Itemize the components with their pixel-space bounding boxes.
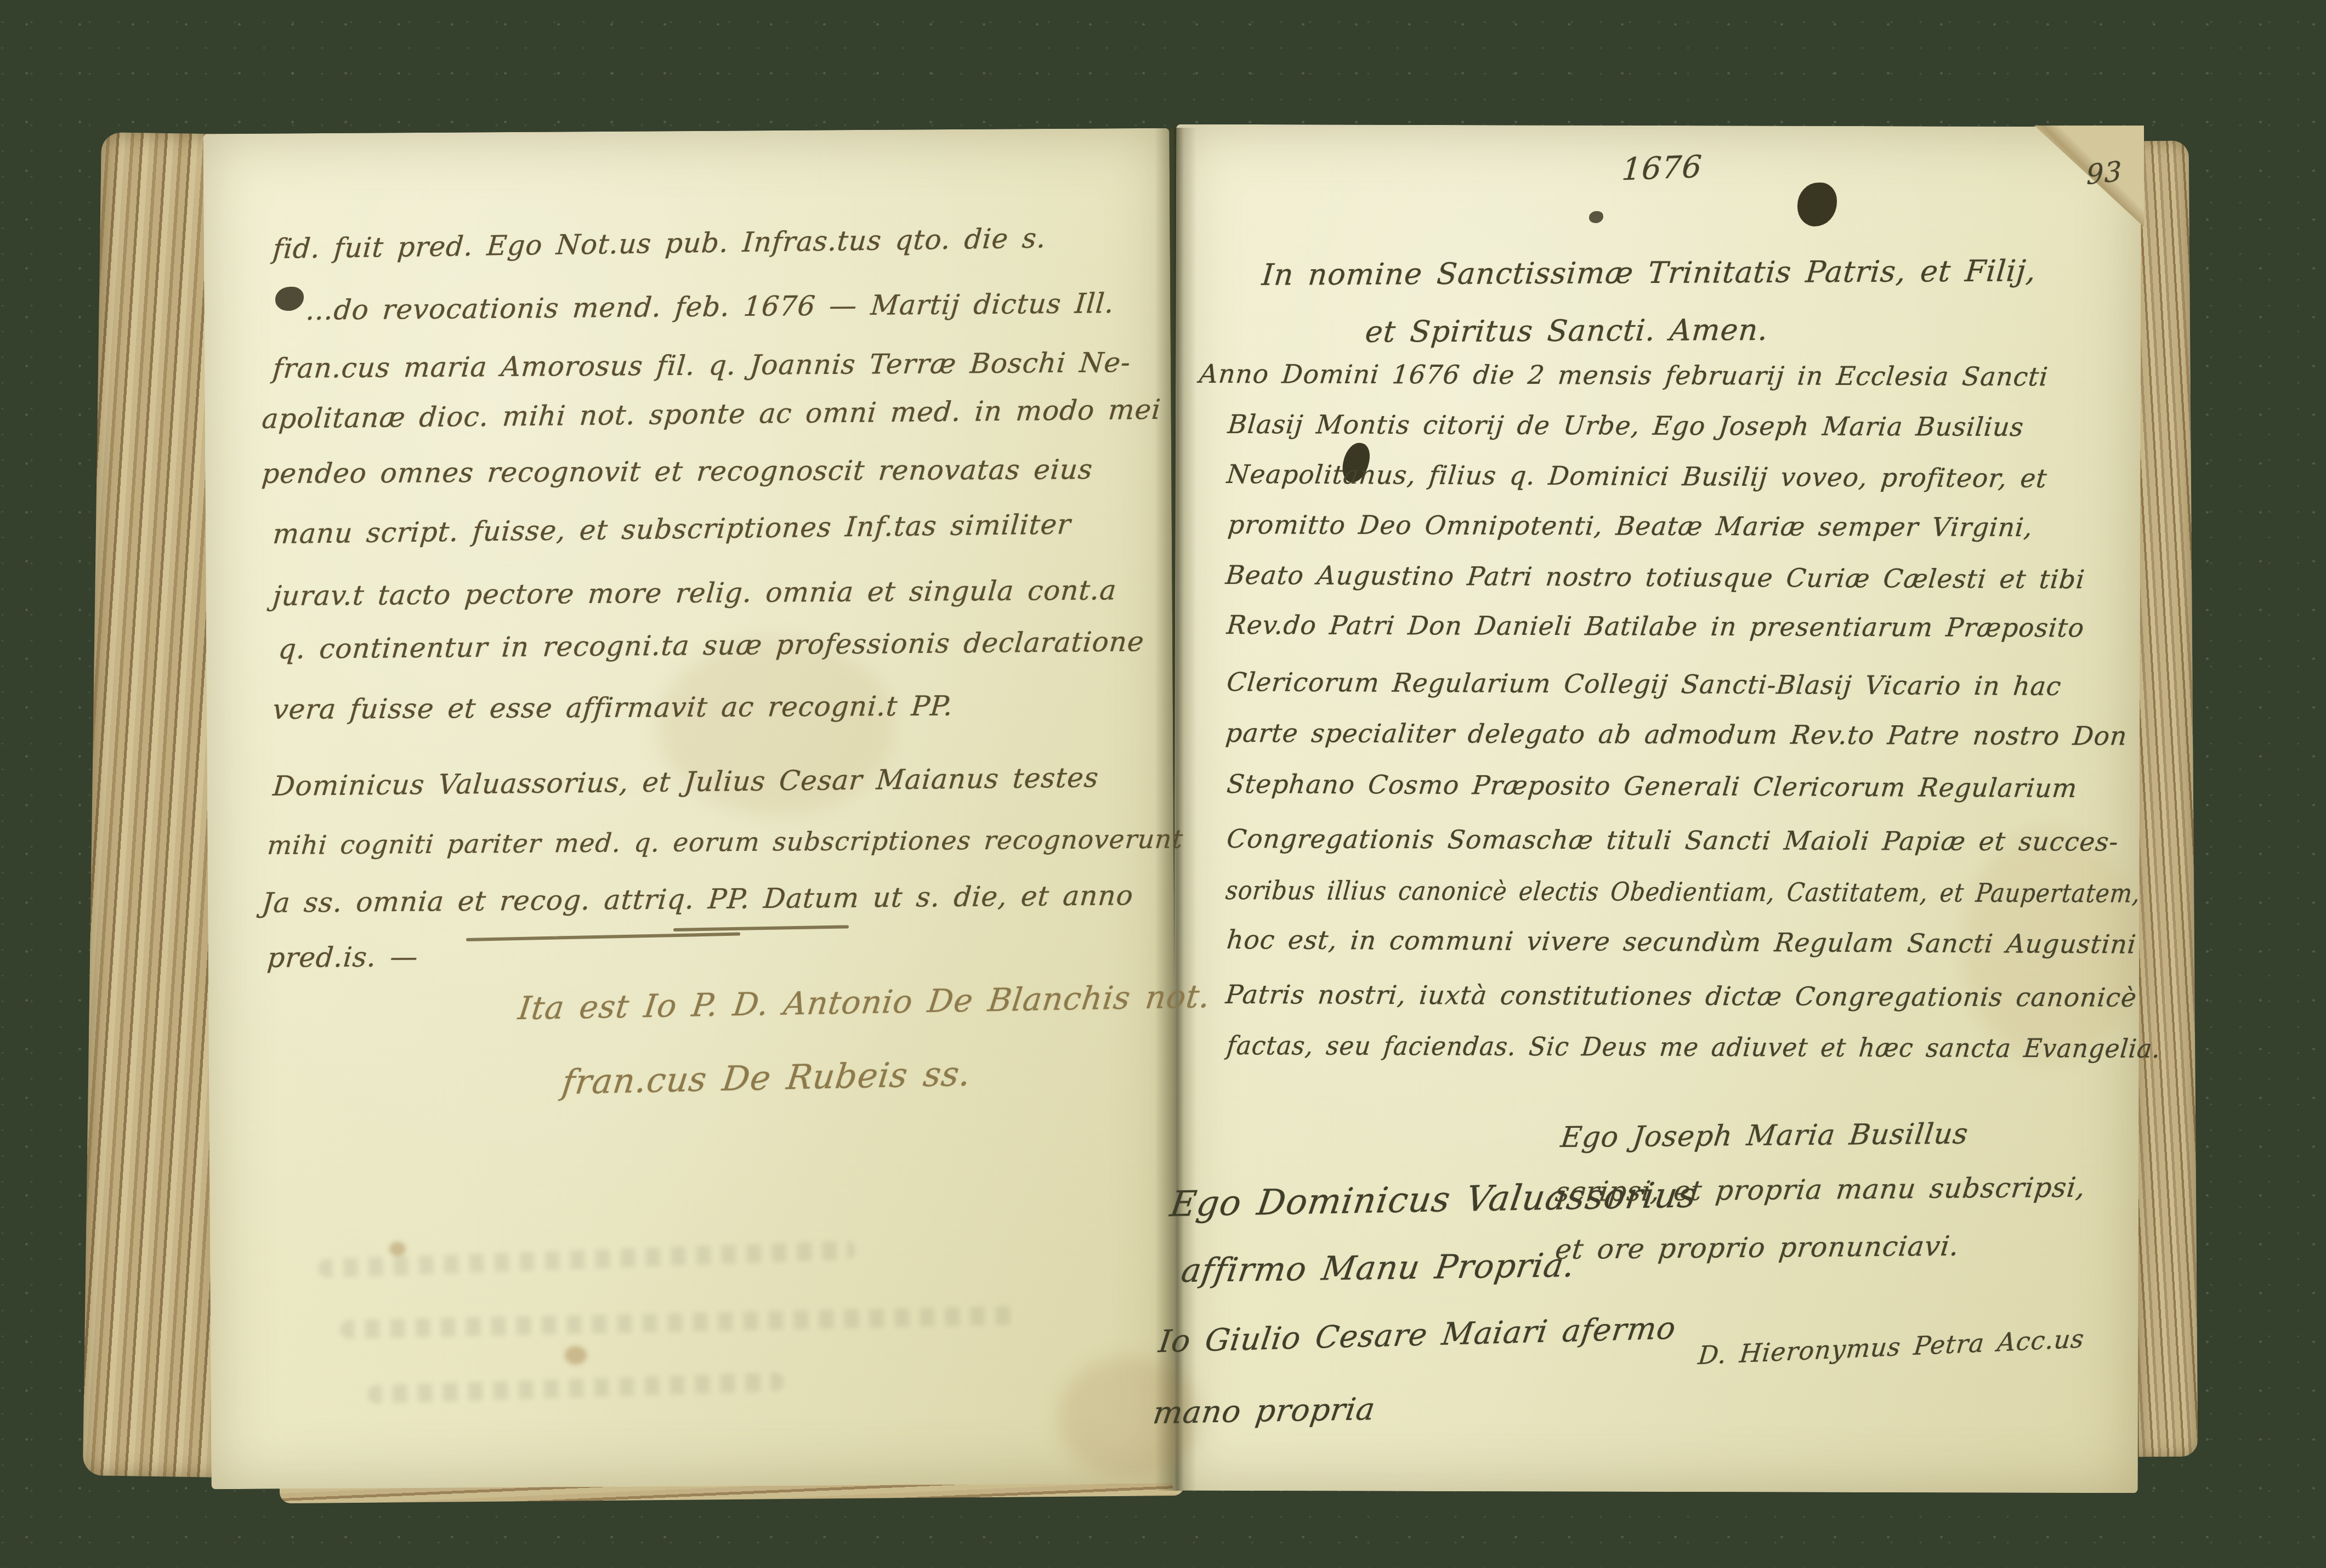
vow-line: Blasij Montis citorij de Urbe, Ego Josep…	[1227, 410, 2025, 442]
vow-line: Anno Domini 1676 die 2 mensis februarij …	[1198, 359, 2050, 392]
vow-line: Patris nostri, iuxtà constitutiones dict…	[1224, 980, 2138, 1013]
vow-line: soribus illius canonicè electis Obedient…	[1224, 876, 2142, 909]
fox-spot	[389, 1242, 406, 1256]
witness-signature: affirmo Manu Propria.	[1179, 1246, 1578, 1290]
vow-line: Beato Augustino Patri nostro totiusque C…	[1224, 560, 2086, 595]
manuscript-closing-line: pred.is. —	[266, 941, 419, 974]
page-number: 93	[2086, 155, 2122, 191]
invocation-line: In nomine Sanctissimæ Trinitatis Patris,…	[1226, 253, 2073, 292]
manuscript-line: fran.cus maria Amorosus fil. q. Joannis …	[271, 346, 1132, 384]
vow-line: Rev.do Patri Don Danieli Batilabe in pre…	[1226, 610, 2086, 643]
vow-line: hoc est, in communi vivere secundùm Regu…	[1226, 925, 2138, 960]
vow-line: parte specialiter delegato ab admodum Re…	[1224, 718, 2129, 752]
vow-line: factas, seu faciendas. Sic Deus me adiuv…	[1226, 1031, 2162, 1064]
manuscript-line: vera fuisse et esse affirmavit ac recogn…	[271, 690, 954, 726]
manuscript-line: mihi cogniti pariter med. q. eorum subsc…	[266, 824, 1184, 861]
vow-line: Neapolitanus, filius q. Dominici Busilij…	[1226, 459, 2049, 494]
left-page	[203, 128, 1177, 1490]
fox-spot	[565, 1346, 587, 1365]
year-header: 1676	[1620, 149, 1703, 188]
professed-signature-line: Ego Joseph Maria Busillus	[1559, 1118, 1970, 1155]
manuscript-line: jurav.t tacto pectore more relig. omnia …	[271, 574, 1117, 612]
vow-line: Congregationis Somaschæ tituli Sancti Ma…	[1226, 824, 2120, 857]
vow-line: Stephano Cosmo Præposito Generali Cleric…	[1226, 769, 2079, 804]
professed-signature-line: et ore proprio pronunciavi.	[1553, 1230, 1961, 1265]
photo-of-manuscript: { "scene": { "background_color": "#35402…	[0, 0, 2326, 1568]
manuscript-book: fid. fuit pred. Ego Not.us pub. Infras.t…	[82, 118, 2199, 1516]
invocation-line: et Spiritus Sancti. Amen.	[1226, 312, 1908, 350]
manuscript-line: pendeo omnes recognovit et recognoscit r…	[260, 453, 1094, 490]
witness-signature: mano propria	[1151, 1391, 1377, 1431]
vow-line: promitto Deo Omnipotenti, Beatæ Mariæ se…	[1227, 510, 2034, 543]
vow-line: Clericorum Regularium Collegij Sancti-Bl…	[1226, 667, 2063, 702]
